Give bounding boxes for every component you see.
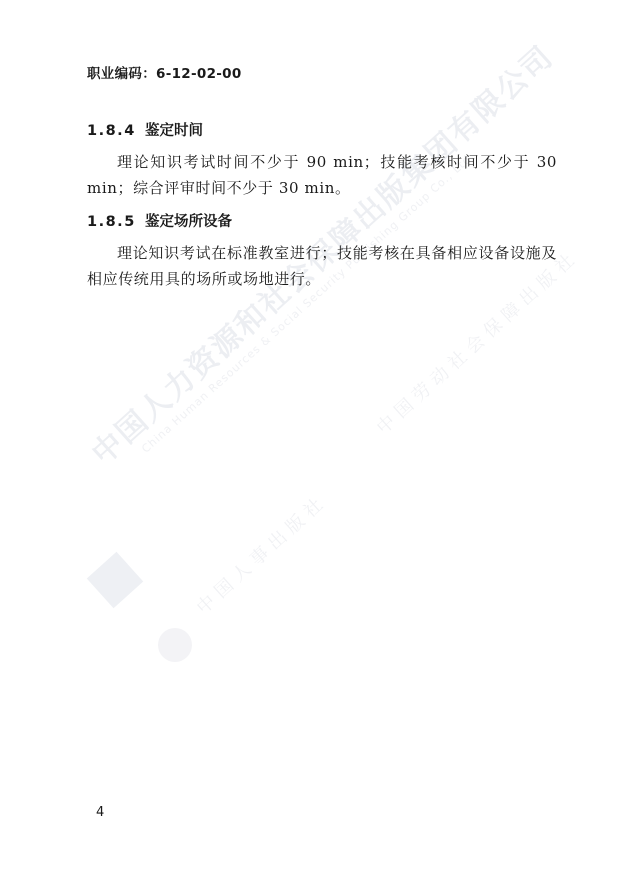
section-title: 鉴定场所设备 [145, 214, 232, 230]
section-number: 1.8.4 [87, 119, 145, 143]
publisher-emblem-watermark [158, 628, 192, 662]
watermark-imprint-1: 中国人事出版社 [190, 488, 332, 620]
section-paragraph: 理论知识考试在标准教室进行；技能考核在具备相应设备设施及相应传统用具的场所或场地… [87, 240, 557, 292]
section-paragraph: 理论知识考试时间不少于 90 min；技能考核时间不少于 30 min；综合评审… [87, 149, 557, 201]
section-appraisal-time: 1.8.4鉴定时间 理论知识考试时间不少于 90 min；技能考核时间不少于 3… [87, 119, 557, 201]
page-number: 4 [96, 805, 104, 820]
section-heading: 1.8.5鉴定场所设备 [87, 210, 557, 234]
publisher-logo-watermark [87, 552, 143, 608]
section-number: 1.8.5 [87, 210, 145, 234]
section-title: 鉴定时间 [145, 123, 203, 139]
section-heading: 1.8.4鉴定时间 [87, 119, 557, 143]
section-appraisal-venue-equipment: 1.8.5鉴定场所设备 理论知识考试在标准教室进行；技能考核在具备相应设备设施及… [87, 210, 557, 292]
occupation-code: 职业编码：6-12-02-00 [87, 62, 242, 82]
